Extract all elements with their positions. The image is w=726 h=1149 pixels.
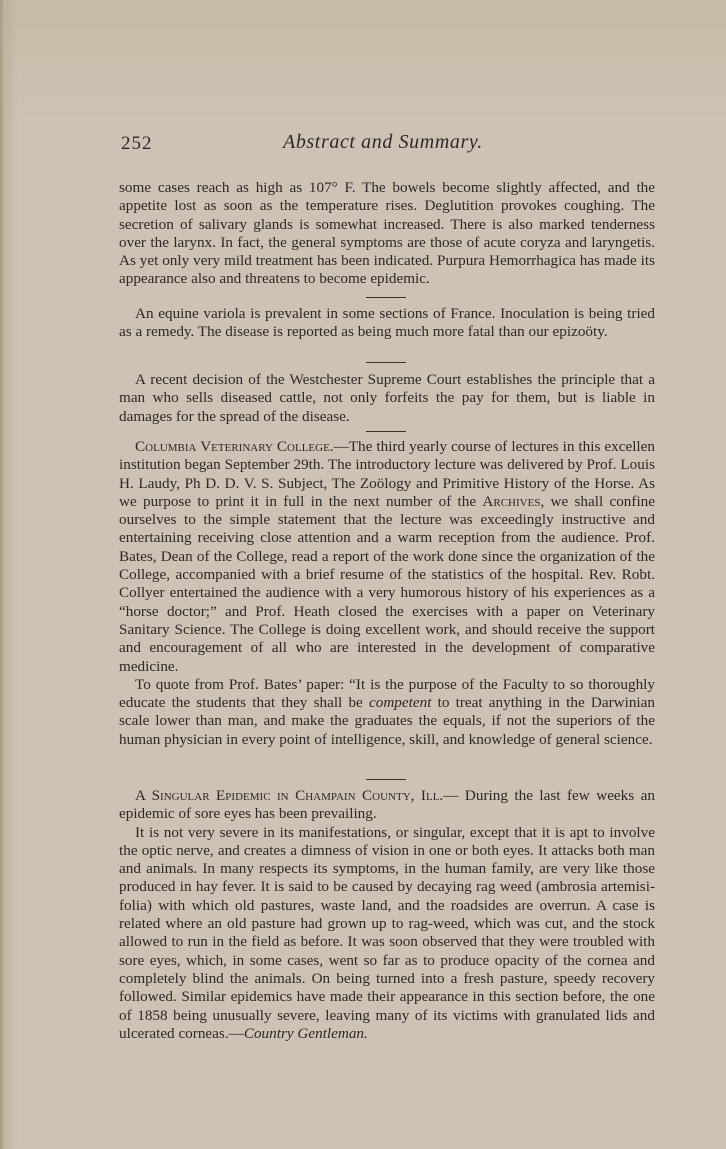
section-divider — [366, 431, 406, 432]
section-divider — [366, 779, 406, 780]
paragraph: Columbia Veterinary College.—The third y… — [119, 438, 655, 676]
quote-paragraph: To quote from Prof. Bates’ paper: “It is… — [119, 676, 655, 749]
page-binding-edge — [0, 0, 6, 1149]
section-columbia-veterinary: Columbia Veterinary College.—The third y… — [119, 438, 655, 749]
section-heading: Columbia Veterinary College. — [135, 438, 334, 455]
section-heading: A Singular Epidemic in Champain County, … — [135, 787, 443, 804]
section-westchester-court: A recent decision of the Westchester Sup… — [119, 371, 655, 426]
archives-word: Archives — [482, 493, 540, 510]
paragraph: It is not very severe in its manifestati… — [119, 824, 655, 1044]
scanned-page: 252 Abstract and Summary. some cases rea… — [0, 0, 726, 1149]
paragraph: A recent decision of the Westchester Sup… — [119, 371, 655, 426]
section-continuation: some cases reach as high as 107° F. The … — [119, 179, 655, 289]
section-divider — [366, 362, 406, 363]
paragraph-text: It is not very severe in its manifestati… — [119, 824, 655, 1042]
paragraph: A Singular Epidemic in Champain County, … — [119, 787, 655, 824]
paragraph-text: , we shall confine ourselves to the simp… — [119, 493, 655, 675]
paragraph: An equine variola is prevalent in some s… — [119, 305, 655, 342]
page-number: 252 — [121, 133, 153, 155]
source-dash: — — [229, 1025, 244, 1042]
running-title: Abstract and Summary. — [283, 131, 483, 154]
running-head: 252 Abstract and Summary. — [121, 133, 641, 161]
section-equine-variola: An equine variola is prevalent in some s… — [119, 305, 655, 342]
source-citation: Country Gentleman. — [244, 1025, 368, 1042]
section-divider — [366, 297, 406, 298]
emphasized-word: competent — [369, 694, 431, 711]
section-champain-epidemic: A Singular Epidemic in Champain County, … — [119, 787, 655, 1043]
paragraph: some cases reach as high as 107° F. The … — [119, 179, 655, 289]
